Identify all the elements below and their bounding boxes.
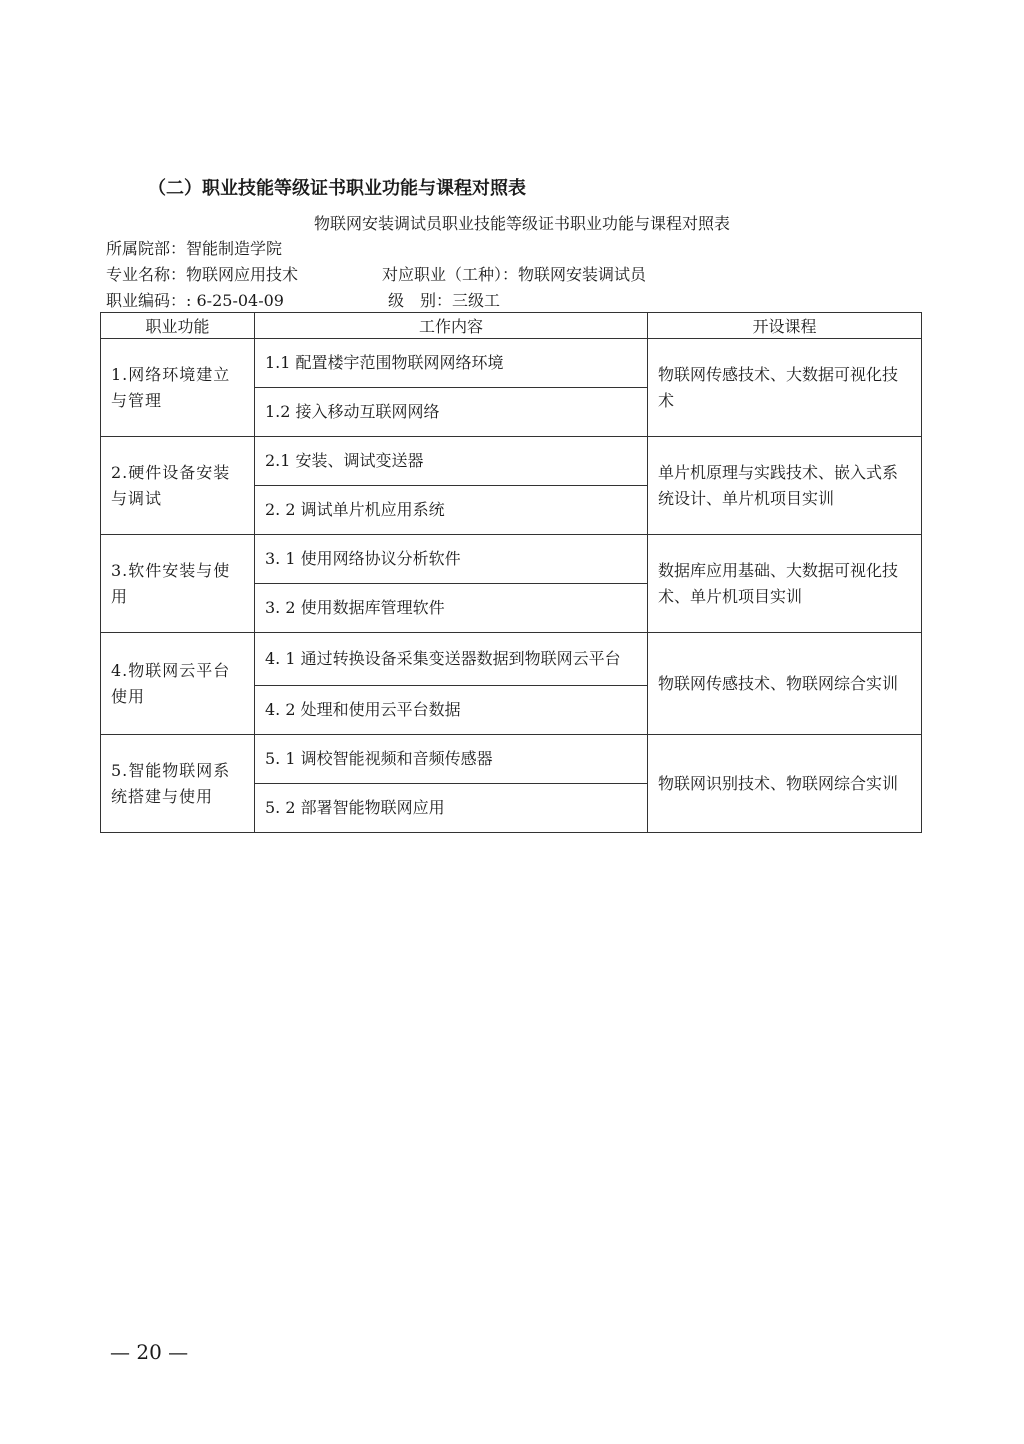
table-row: 1.网络环境建立与管理 1.1 配置楼宇范围物联网网络环境 物联网传感技术、大数…: [101, 339, 922, 388]
major-label: 专业名称：: [106, 265, 186, 284]
header-work: 工作内容: [255, 313, 648, 339]
table-header-row: 职业功能 工作内容 开设课程: [101, 313, 922, 339]
table-caption: 物联网安装调试员职业技能等级证书职业功能与课程对照表: [0, 211, 1024, 234]
course-cell: 物联网识别技术、物联网综合实训: [648, 735, 922, 833]
level-line: 级 别：三级工: [388, 288, 500, 311]
work-cell: 2. 2 调试单片机应用系统: [255, 486, 648, 535]
function-cell: 1.网络环境建立与管理: [101, 339, 255, 437]
function-course-table: 职业功能 工作内容 开设课程 1.网络环境建立与管理 1.1 配置楼宇范围物联网…: [100, 312, 922, 833]
work-cell: 1.1 配置楼宇范围物联网网络环境: [255, 339, 648, 388]
work-cell: 5. 1 调校智能视频和音频传感器: [255, 735, 648, 784]
occupation-value: 物联网安装调试员: [518, 265, 646, 284]
department-line: 所属院部：智能制造学院: [106, 236, 282, 259]
level-label: 级 别：: [388, 291, 452, 310]
work-cell: 1.2 接入移动互联网网络: [255, 388, 648, 437]
code-label: 职业编码：: [106, 291, 186, 310]
department-value: 智能制造学院: [186, 239, 282, 258]
occupation-line: 对应职业（工种）：物联网安装调试员: [382, 262, 646, 285]
course-cell: 物联网传感技术、大数据可视化技术: [648, 339, 922, 437]
table-row: 3.软件安装与使用 3. 1 使用网络协议分析软件 数据库应用基础、大数据可视化…: [101, 535, 922, 584]
function-cell: 5.智能物联网系统搭建与使用: [101, 735, 255, 833]
section-title: （二）职业技能等级证书职业功能与课程对照表: [148, 174, 526, 200]
code-value: : 6-25-04-09: [186, 291, 284, 310]
course-cell: 数据库应用基础、大数据可视化技术、单片机项目实训: [648, 535, 922, 633]
function-cell: 2.硬件设备安装与调试: [101, 437, 255, 535]
work-cell: 4. 1 通过转换设备采集变送器数据到物联网云平台: [255, 633, 648, 686]
page-number: — 20 —: [110, 1340, 188, 1364]
header-courses: 开设课程: [648, 313, 922, 339]
work-cell: 4. 2 处理和使用云平台数据: [255, 686, 648, 735]
work-cell: 5. 2 部署智能物联网应用: [255, 784, 648, 833]
code-line: 职业编码：: 6-25-04-09: [106, 288, 284, 311]
work-cell: 2.1 安装、调试变送器: [255, 437, 648, 486]
work-cell: 3. 1 使用网络协议分析软件: [255, 535, 648, 584]
occupation-label: 对应职业（工种）：: [382, 265, 518, 284]
course-cell: 物联网传感技术、物联网综合实训: [648, 633, 922, 735]
table-row: 2.硬件设备安装与调试 2.1 安装、调试变送器 单片机原理与实践技术、嵌入式系…: [101, 437, 922, 486]
table-row: 4.物联网云平台使用 4. 1 通过转换设备采集变送器数据到物联网云平台 物联网…: [101, 633, 922, 686]
function-cell: 3.软件安装与使用: [101, 535, 255, 633]
major-value: 物联网应用技术: [186, 265, 298, 284]
table-row: 5.智能物联网系统搭建与使用 5. 1 调校智能视频和音频传感器 物联网识别技术…: [101, 735, 922, 784]
work-cell: 3. 2 使用数据库管理软件: [255, 584, 648, 633]
major-line: 专业名称：物联网应用技术: [106, 262, 298, 285]
header-function: 职业功能: [101, 313, 255, 339]
level-value: 三级工: [452, 291, 500, 310]
department-label: 所属院部：: [106, 239, 186, 258]
course-cell: 单片机原理与实践技术、嵌入式系统设计、单片机项目实训: [648, 437, 922, 535]
function-cell: 4.物联网云平台使用: [101, 633, 255, 735]
